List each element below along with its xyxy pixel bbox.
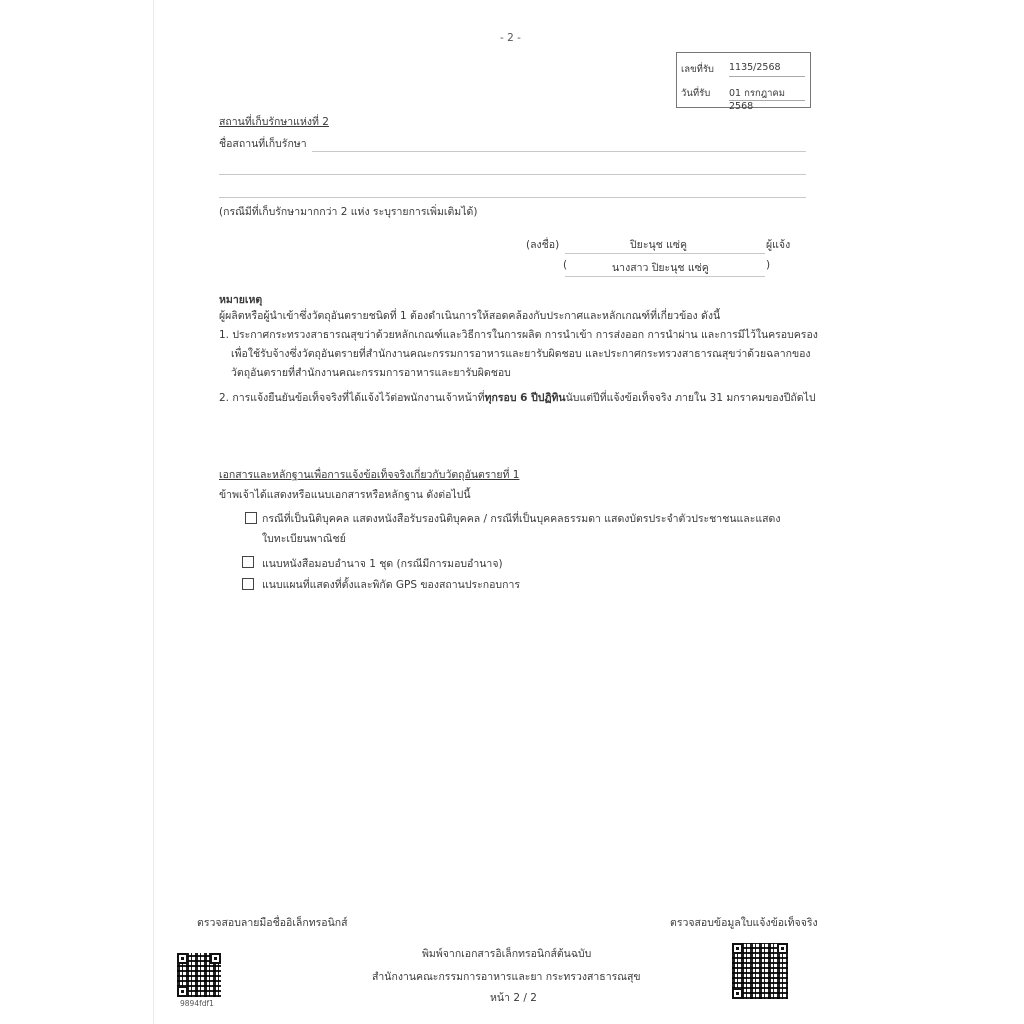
document-qr-code[interactable]	[732, 943, 788, 999]
signature-line	[565, 253, 765, 254]
remarks-item2-bold: ทุกรอบ 6 ปีปฏิทิน	[485, 392, 566, 404]
remarks-item2-prefix: 2. การแจ้งยืนยันข้อเท็จจริงที่ได้แจ้งไว้…	[219, 392, 485, 404]
documents-title: เอกสารและหลักฐานเพื่อการแจ้งข้อเท็จจริงเ…	[219, 466, 519, 483]
receipt-date-label: วันที่รับ	[681, 86, 710, 101]
remarks-item1-line1: 1. ประกาศกระทรวงสาธารณสุขว่าด้วยหลักเกณฑ…	[219, 326, 818, 343]
qr-finder-icon	[732, 943, 743, 954]
documents-intro: ข้าพเจ้าได้แสดงหรือแนบเอกสารหรือหลักฐาน …	[219, 486, 471, 503]
remarks-item1-line3: วัตถุอันตรายที่สำนักงานคณะกรรมการอาหารแล…	[231, 364, 511, 381]
receipt-number-value: 1135/2568	[729, 62, 781, 73]
footer-printed-from: พิมพ์จากเอกสารอิเล็กทรอนิกส์ต้นฉบับ	[422, 945, 591, 962]
checkbox-location-map[interactable]	[242, 578, 254, 590]
sign-label: (ลงชื่อ)	[526, 236, 559, 253]
checkbox-power-of-attorney[interactable]	[242, 556, 254, 568]
storage-extra-line-2	[219, 197, 806, 198]
open-paren: (	[563, 259, 567, 271]
signature-qr-code[interactable]	[177, 953, 221, 997]
signed-name: ปิยะนุช แซ่คู	[630, 236, 687, 253]
storage-section-title: สถานที่เก็บรักษาแห่งที่ 2	[219, 113, 329, 130]
receipt-box: เลขที่รับ 1135/2568 วันที่รับ 01 กรกฎาคม…	[676, 52, 811, 108]
receipt-number-underline	[729, 76, 805, 77]
signature-qr-id: 9894fdf1	[180, 999, 214, 1008]
checkbox-juristic-person[interactable]	[245, 512, 257, 524]
full-name: นางสาว ปิยะนุช แซ่คู	[612, 259, 709, 276]
qr-finder-icon	[777, 943, 788, 954]
footer-verify-signature-label: ตรวจสอบลายมือชื่ออิเล็กทรอนิกส์	[197, 914, 348, 931]
qr-finder-icon	[732, 988, 743, 999]
qr-finder-icon	[177, 986, 188, 997]
doc-item-2: แนบหนังสือมอบอำนาจ 1 ชุด (กรณีมีการมอบอำ…	[262, 555, 503, 572]
qr-finder-icon	[210, 953, 221, 964]
storage-note: (กรณีมีที่เก็บรักษามากกว่า 2 แห่ง ระบุรา…	[219, 203, 477, 220]
doc-item-1-line2: ใบทะเบียนพาณิชย์	[262, 530, 346, 547]
storage-name-line	[312, 151, 806, 152]
footer-page-number: หน้า 2 / 2	[490, 989, 537, 1006]
receipt-date-underline	[729, 100, 805, 101]
full-name-line	[565, 276, 765, 277]
receipt-date-value: 01 กรกฎาคม 2568	[729, 86, 810, 112]
receipt-number-label: เลขที่รับ	[681, 62, 714, 77]
doc-item-3: แนบแผนที่แสดงที่ตั้งและพิกัด GPS ของสถาน…	[262, 576, 520, 593]
remarks-item2-suffix: นับแต่ปีที่แจ้งข้อเท็จจริง ภายใน 31 มกรา…	[566, 392, 816, 404]
storage-name-label: ชื่อสถานที่เก็บรักษา	[219, 135, 307, 152]
storage-extra-line-1	[219, 174, 806, 175]
remarks-item1-line2: เพื่อใช้รับจ้างซึ่งวัตถุอันตรายที่สำนักง…	[231, 345, 811, 362]
reporter-role-label: ผู้แจ้ง	[766, 236, 790, 253]
remarks-title: หมายเหตุ	[219, 291, 262, 308]
footer-verify-document-label: ตรวจสอบข้อมูลใบแจ้งข้อเท็จจริง	[670, 914, 818, 931]
remarks-intro: ผู้ผลิตหรือผู้นำเข้าซึ่งวัตถุอันตรายชนิด…	[219, 307, 720, 324]
doc-item-1-line1: กรณีที่เป็นนิติบุคคล แสดงหนังสือรับรองนิ…	[262, 510, 780, 527]
footer-agency: สำนักงานคณะกรรมการอาหารและยา กระทรวงสาธา…	[372, 968, 641, 985]
remarks-item2: 2. การแจ้งยืนยันข้อเท็จจริงที่ได้แจ้งไว้…	[219, 389, 816, 406]
close-paren: )	[766, 259, 770, 271]
page-number-header: - 2 -	[500, 32, 521, 44]
qr-finder-icon	[177, 953, 188, 964]
